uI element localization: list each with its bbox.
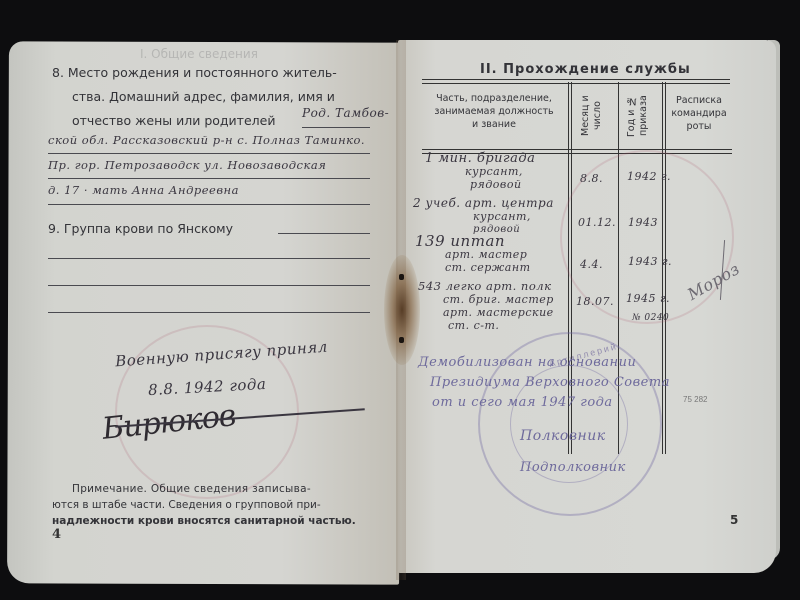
row2-month-day: 01.12. xyxy=(578,216,616,229)
col-header-year: Год и № приказа xyxy=(619,84,662,148)
page-number-left: 4 xyxy=(52,527,61,542)
col-header-unit-l2: занимаемая должность xyxy=(422,105,566,118)
field-9-label: 9. Группа крови по Янскому xyxy=(48,216,233,242)
row4-order-no: № 0240 xyxy=(632,312,669,325)
row4-month-day: 18.07. xyxy=(576,295,614,308)
field-8-hand-3: Пр. гор. Петрозаводск ул. Новозаводская xyxy=(48,158,326,172)
rule xyxy=(278,233,370,234)
document-spread: I. Общие сведения 8. Место рождения и по… xyxy=(0,0,800,600)
row1-month-day: 8.8. xyxy=(580,172,603,185)
demob-rank: Полковник xyxy=(520,428,606,444)
row3-month-day: 4.4. xyxy=(580,258,603,271)
col-header-signature: Расписка командира роты xyxy=(666,94,732,133)
rule xyxy=(48,204,370,205)
footnote-line2: ются в штабе части. Сведения о групповой… xyxy=(52,499,321,511)
row3-unit-l1: 139 иптап xyxy=(415,235,531,248)
col-header-unit-l3: и звание xyxy=(422,118,566,131)
row3-unit: 139 иптап арт. мастер ст. сержант xyxy=(415,235,531,274)
row4-unit-l1: 543 легко арт. полк xyxy=(418,280,554,293)
row4-unit-l2: ст. бриг. мастер xyxy=(418,293,554,306)
demob-line2: Президиума Верховного Совета xyxy=(430,375,670,390)
side-number: 75 282 xyxy=(683,395,707,404)
ghost-header: I. Общие сведения xyxy=(140,47,258,61)
footnote-line3: надлежности крови вносятся санитарной ча… xyxy=(52,515,356,527)
demob-rank2: Подполковник xyxy=(520,460,626,475)
col-header-sig-l3: роты xyxy=(666,120,732,133)
staple-hole-bottom xyxy=(399,337,404,343)
row2-unit-l2: курсант, xyxy=(413,210,554,223)
col-header-sig-l2: командира xyxy=(666,107,732,120)
footnote-line1: Примечание. Общие сведения записыва- xyxy=(72,483,311,495)
row4-year: 1945 г. xyxy=(626,292,670,305)
row3-unit-l3: ст. сержант xyxy=(415,261,531,274)
rule xyxy=(302,127,370,128)
row2-unit: 2 учеб. арт. центра курсант, рядовой xyxy=(413,197,554,236)
field-8-hand-4: д. 17 · мать Анна Андреевна xyxy=(48,183,239,197)
field-8-label-line3: отчество жены или родителей xyxy=(72,108,275,134)
row4-unit-l3: арт. мастерские xyxy=(418,306,554,319)
row2-unit-l1: 2 учеб. арт. центра xyxy=(413,197,554,210)
rule xyxy=(48,312,370,313)
row2-year: 1943 xyxy=(628,216,658,229)
col-header-unit: Часть, подразделение, занимаемая должнос… xyxy=(422,92,566,131)
section-title: II. Прохождение службы xyxy=(480,62,691,77)
field-8-hand-2: ской обл. Рассказовский р-н с. Полназ Та… xyxy=(48,133,365,147)
row1-year: 1942 г. xyxy=(627,170,671,183)
row1-unit-l1: 1 мин. бригада xyxy=(425,152,535,165)
row4-unit: 543 легко арт. полк ст. бриг. мастер арт… xyxy=(418,280,554,332)
col-header-sig-l1: Расписка xyxy=(666,94,732,107)
staple-hole-top xyxy=(399,274,404,280)
row4-unit-l4: ст. с-т. xyxy=(418,319,554,332)
demob-line3: от и сего мая 1947 года xyxy=(432,395,613,410)
field-8-label-line2: ства. Домашний адрес, фамилия, имя и xyxy=(72,84,335,110)
row1-unit-l2: курсант, xyxy=(425,165,535,178)
rule xyxy=(48,258,370,259)
page-number-right: 5 xyxy=(730,513,738,527)
row1-unit-l3: рядовой xyxy=(425,178,535,191)
col-header-unit-l1: Часть, подразделение, xyxy=(422,92,566,105)
row1-unit: 1 мин. бригада курсант, рядовой xyxy=(425,152,535,191)
rule xyxy=(48,178,370,179)
demob-line1: Демобилизован на основании xyxy=(418,355,636,370)
col-header-month: Месяц и число xyxy=(572,84,618,148)
row3-year: 1943 г. xyxy=(628,255,672,268)
field-8-hand-1: Род. Тамбов- xyxy=(302,106,389,120)
rule xyxy=(48,285,370,286)
rule xyxy=(48,153,370,154)
field-8-label-line1: 8. Место рождения и постоянного житель- xyxy=(52,60,337,86)
col-header-year-text: Год и № приказа xyxy=(626,86,656,146)
col-header-month-text: Месяц и число xyxy=(580,86,610,146)
